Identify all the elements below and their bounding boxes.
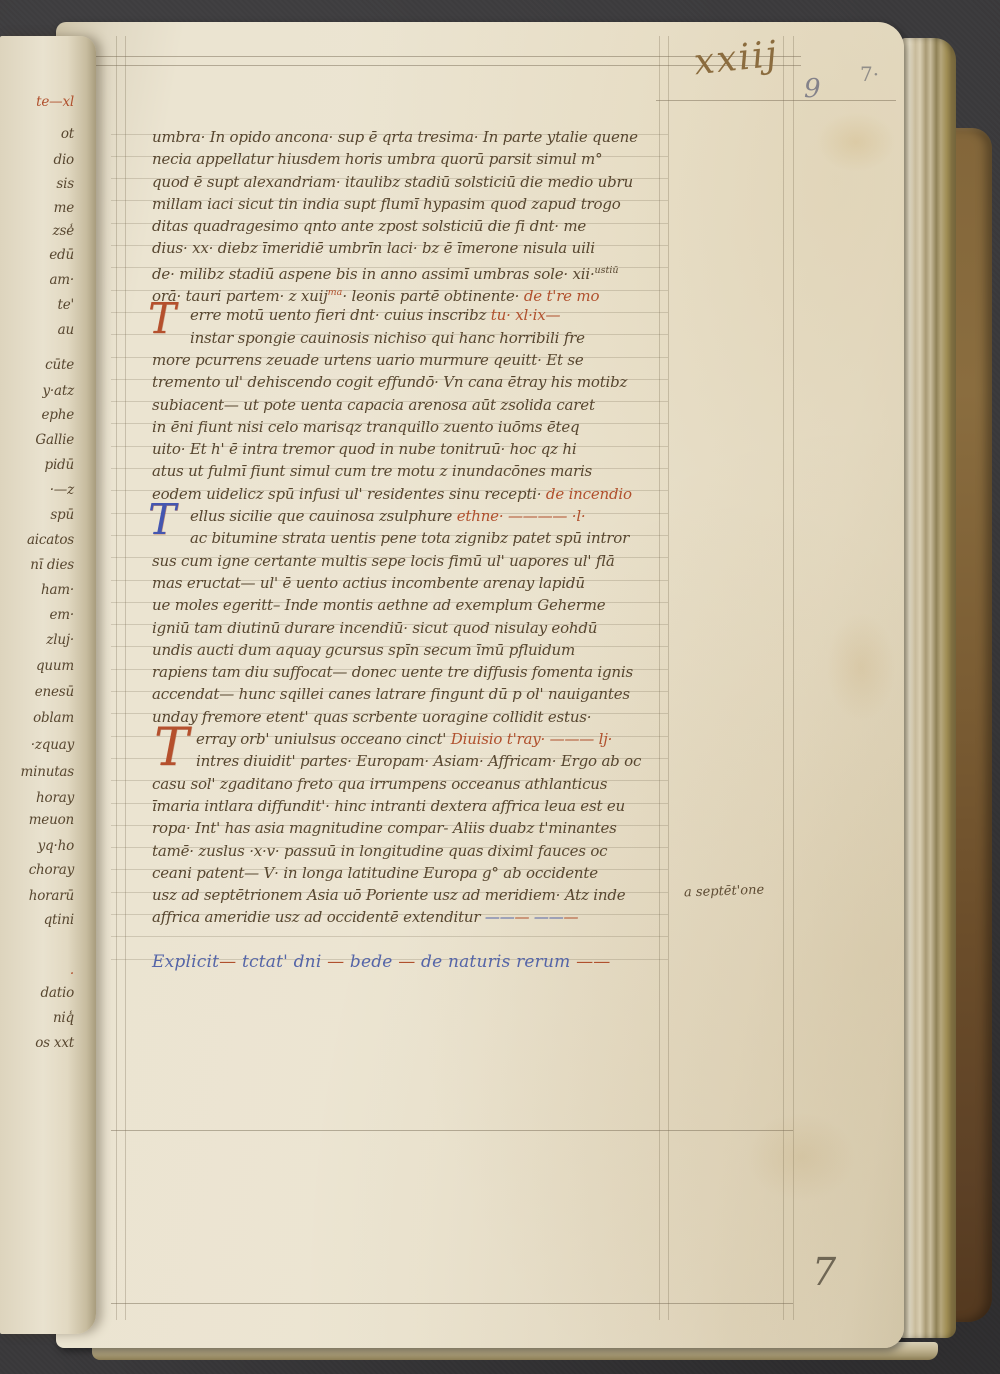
manuscript-text-line: Tellus sicilie que cauinosa zsulphure et… — [152, 505, 682, 527]
manuscript-text-line: accendat— hunc sqillei canes latrare fin… — [152, 683, 682, 705]
manuscript-text-line: uito· Et h' ē intra tremor quod in nube … — [152, 438, 682, 460]
manuscript-text-line: affrica ameridie usz ad occidentē extend… — [152, 906, 682, 928]
pencil-folio-number: 9 — [804, 74, 821, 104]
facing-page-text-fragment: ephe — [41, 407, 74, 423]
manuscript-text-line: mas eructat— ul' ē uento actius incomben… — [152, 572, 682, 594]
manuscript-text-line: Terre motū uento fieri dnt· cuius inscri… — [152, 304, 682, 326]
facing-page-text-fragment: pidū — [45, 457, 75, 473]
facing-page-text-fragment: niq̾ — [53, 1010, 74, 1026]
facing-page-text-fragment: Gallie — [35, 432, 74, 448]
explicit-colophon-line: Explicit⁠—⁠ tctat' dni — bede — de natur… — [152, 952, 712, 972]
manuscript-text-line: īmaria intlara diffundit'· hinc intranti… — [152, 795, 682, 817]
manuscript-text-line: ue moles egeritt– Inde montis aethne ad … — [152, 594, 682, 616]
facing-page-text-fragment: edū — [49, 247, 74, 263]
manuscript-text-line: sus cum igne certante multis sepe locis … — [152, 550, 682, 572]
facing-page-text-fragment: spū — [50, 507, 74, 523]
facing-page-text-fragment: ·zquay — [31, 737, 74, 753]
manuscript-text-line: usz ad septētrionem Asia uō Poriente usz… — [152, 884, 682, 906]
manuscript-text-line: more pcurrens zeuade urtens uario murmur… — [152, 349, 682, 371]
facing-page-text-fragment: zluj· — [46, 632, 74, 648]
facing-page-text-fragment: zse̾ — [53, 223, 74, 239]
manuscript-text-line: tremento ul' dehiscendo cogit effundō· V… — [152, 371, 682, 393]
manuscript-text-line: instar spongie cauinosis nichiso qui han… — [152, 327, 682, 349]
manuscript-text-line: millam iaci sicut tin india supt flumī h… — [152, 193, 682, 215]
manuscript-text-line: quod ē supt alexandriam· itaulibz stadiū… — [152, 171, 682, 193]
manuscript-text-line: casu sol' zgaditano freto qua irrumpens … — [152, 773, 682, 795]
facing-page-text-fragment: choray — [29, 862, 74, 878]
manuscript-text-line: eodem uidelicz spū infusi ul' residentes… — [152, 483, 682, 505]
facing-page-text-fragment: te—xl — [36, 94, 74, 110]
manuscript-photograph: { "colors":{"ink":"#57462f","rubric_red"… — [0, 0, 1000, 1374]
manuscript-text-line: ceani patent— V· in longa latitudine Eur… — [152, 862, 682, 884]
facing-page-text-fragment: datio — [40, 985, 74, 1001]
facing-page-text-fragment: ·—z — [50, 482, 74, 498]
manuscript-text-line: subiacent— ut pote uenta capacia arenosa… — [152, 394, 682, 416]
facing-page-text-fragment: qtini — [44, 912, 74, 928]
facing-page-text-fragment: cūte — [45, 357, 74, 373]
facing-page-text-fragment: quum — [36, 658, 74, 674]
bottom-pencil-number: 7 — [812, 1250, 836, 1294]
manuscript-text-line: Terray orb' uniulsus occeano cinct' Diui… — [152, 728, 682, 750]
manuscript-text-line: necia appellatur hiusdem horis umbra quo… — [152, 148, 682, 170]
facing-page-text-fragment: au — [58, 322, 74, 338]
facing-page-text-fragment: yq·ho — [38, 838, 74, 854]
manuscript-text-line: atus ut fulmī fiunt simul cum tre motu z… — [152, 460, 682, 482]
facing-page-text-fragment: dio — [54, 152, 75, 168]
marginal-gloss-note: a septēt'one — [684, 883, 765, 901]
manuscript-text-line: dius· xx· diebz īmeridiē umbrīn laci· bz… — [152, 237, 682, 259]
facing-page-text-fragment: minutas — [20, 764, 74, 780]
facing-page-text-fragment: te' — [57, 297, 74, 313]
manuscript-text-line: ac bitumine strata uentis pene tota zign… — [152, 527, 682, 549]
facing-page-edge: te—xlotdiosismezse̾edūam·te'aucūtey·atze… — [0, 36, 96, 1334]
manuscript-text-line: de· milibz stadiū aspene bis in anno ass… — [152, 260, 682, 282]
manuscript-text-line: umbra· In opido ancona· sup ē qrta tresi… — [152, 126, 682, 148]
facing-page-text-fragment: oblam — [33, 710, 74, 726]
facing-page-text-fragment: me — [54, 200, 74, 216]
facing-page-text-fragment: horarū — [29, 888, 74, 904]
facing-page-fragments: te—xlotdiosismezse̾edūam·te'aucūtey·atze… — [0, 36, 96, 1334]
facing-page-text-fragment: nī dies — [30, 557, 74, 573]
manuscript-text-line: undis aucti dum aquay gcursus spīn secum… — [152, 639, 682, 661]
pencil-secondary-number: 7· — [860, 62, 879, 86]
facing-page-text-fragment: em· — [50, 607, 74, 623]
manuscript-text-line: ditas quadragesimo qnto ante zpost solst… — [152, 215, 682, 237]
manuscript-text-line: in ēni fiunt nisi celo marisqz tranquill… — [152, 416, 682, 438]
manuscript-recto-page: xxiij 9 7· 7 umbra· In opido ancona· sup… — [56, 22, 904, 1348]
manuscript-text-line: intres diuidit' partes· Europam· Asiam· … — [152, 750, 682, 772]
manuscript-text-line: unday fremore etent' quas scrbente uorag… — [152, 706, 682, 728]
facing-page-text-fragment: enesū — [35, 684, 74, 700]
manuscript-text-line: ropa· Int' has asia magnitudine compar- … — [152, 817, 682, 839]
facing-page-text-fragment: meuon — [29, 812, 74, 828]
manuscript-text-line: tamē· zuslus ·x·v· passuū in longitudine… — [152, 840, 682, 862]
facing-page-text-fragment: aicatos — [27, 532, 74, 548]
manuscript-text-line: rapiens tam diu suffocat— donec uente tr… — [152, 661, 682, 683]
facing-page-text-fragment: ham· — [41, 582, 74, 598]
facing-page-text-fragment: · — [70, 966, 74, 982]
manuscript-text-line: orā· tauri partem· z xuijma· leonis part… — [152, 282, 682, 304]
facing-page-text-fragment: sis — [56, 176, 74, 192]
facing-page-text-fragment: ot — [61, 126, 74, 142]
facing-page-text-fragment: horay — [36, 790, 74, 806]
facing-page-text-fragment: y·atz — [42, 383, 74, 399]
manuscript-text-block: umbra· In opido ancona· sup ē qrta tresi… — [152, 126, 682, 929]
manuscript-text-line: igniū tam diutinū durare incendiū· sicut… — [152, 617, 682, 639]
facing-page-text-fragment: os xxt — [35, 1035, 74, 1051]
right-page-edges — [898, 38, 956, 1338]
facing-page-text-fragment: am· — [49, 272, 74, 288]
